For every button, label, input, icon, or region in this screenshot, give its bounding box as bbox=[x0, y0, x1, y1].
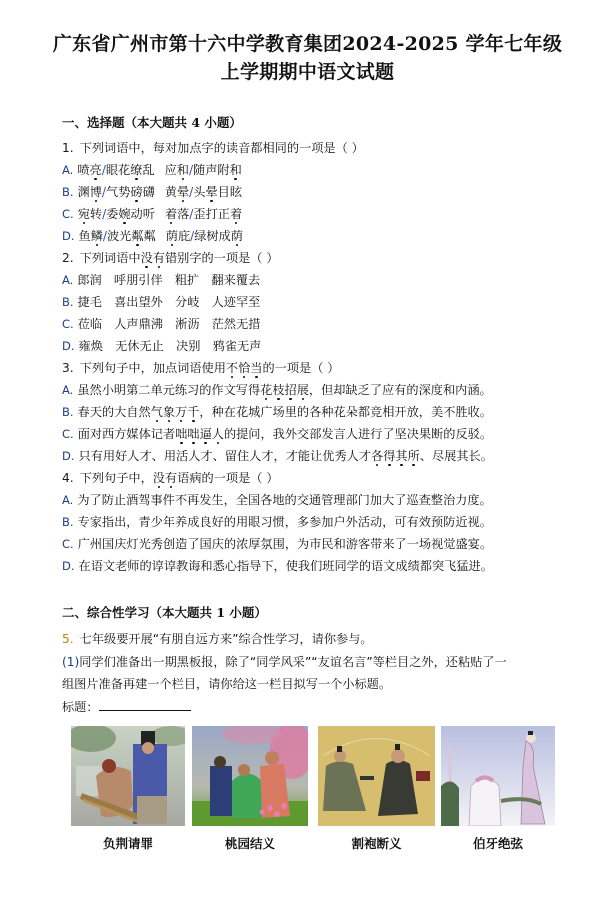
q2-option-d: D.雍焕 无休无止 决别 鸦雀无声 bbox=[62, 338, 261, 354]
q2-option-b: B.捷毛 喜出望外 分岐 人迹罕至 bbox=[62, 294, 260, 310]
section2-heading: 二、综合性学习（本大题共 1 小题） bbox=[62, 603, 267, 621]
painting-kneeling-with-thorns-icon bbox=[71, 726, 185, 826]
option-label: D. bbox=[62, 339, 75, 353]
option-text: 捷毛 喜出望外 分岐 人迹罕至 bbox=[78, 295, 261, 309]
q1-option-a: A.喷亮/眼花缭乱应和/随声附和 bbox=[62, 162, 242, 178]
q4-option-b: B.专家指出，青少年养成良好的用眼习惯，多参加户外活动，可有效预防近视。 bbox=[62, 514, 492, 530]
caption-1: 负荆请罪 bbox=[71, 834, 185, 852]
question-3: 3.下列句子中，加点词语使用不恰当的一项是（ ） bbox=[62, 360, 339, 376]
q4-option-c: C.广州国庆灯光秀创造了国庆的浓厚氛围，为市民和游客带来了一场视觉盛宴。 bbox=[62, 536, 492, 552]
option-text: 雍焕 无休无止 决别 鸦雀无声 bbox=[79, 339, 262, 353]
document-title-line2: 上学期期中语文试题 bbox=[0, 57, 615, 84]
option-text: 渊博/气势磅礴黄晕/头晕目眩 bbox=[78, 185, 242, 199]
question-4: 4.下列句子中，没有语病的一项是（ ） bbox=[62, 470, 279, 486]
option-label: D. bbox=[62, 449, 75, 463]
option-label: A. bbox=[62, 163, 73, 177]
q2-option-c: C.莅临 人声鼎沸 淅沥 茫然无措 bbox=[62, 316, 261, 332]
question-number: 5. bbox=[62, 632, 74, 646]
q3-option-d: D.只有用好人才、用活人才、留住人才，才能让优秀人才各得其所、尽展其长。 bbox=[62, 448, 493, 464]
q1-option-d: D.鱼鳞/波光粼粼荫庇/绿树成荫 bbox=[62, 228, 243, 244]
question-2: 2.下列词语中没有错别字的一项是（ ） bbox=[62, 250, 279, 266]
question-stem: 下列词语中没有错别字的一项是（ ） bbox=[80, 251, 279, 265]
answer-blank-input[interactable] bbox=[99, 698, 191, 711]
question-stem: 下列词语中，每对加点字的读音都相同的一项是（ ） bbox=[80, 141, 364, 155]
question-number: 3. bbox=[62, 361, 74, 375]
painting-cutting-the-mat-icon bbox=[318, 726, 435, 826]
option-text: 宛转/委婉动听着落/歪打正着 bbox=[78, 207, 242, 221]
option-label: D. bbox=[62, 559, 75, 573]
sub-question-text: 同学们准备出一期黑板报，除了“同学风采”“友谊名言”等栏目之外，还粘贴了一 bbox=[79, 655, 506, 669]
option-text: 面对西方媒体记者咄咄逼人的提问，我外交部发言人进行了坚决果断的反驳。 bbox=[78, 427, 492, 441]
option-text: 莅临 人声鼎沸 淅沥 茫然无措 bbox=[78, 317, 261, 331]
caption-2: 桃园结义 bbox=[192, 834, 308, 852]
question-number: 4. bbox=[62, 471, 74, 485]
option-text: 郎润 呼朋引伴 粗扩 翻来覆去 bbox=[77, 273, 260, 287]
question-5: 5.七年级要开展“有朋自远方来”综合性学习，请你参与。 bbox=[62, 631, 373, 647]
image-gepao-duanyi bbox=[318, 726, 435, 826]
option-text: 只有用好人才、用活人才、留住人才，才能让优秀人才各得其所、尽展其长。 bbox=[79, 449, 493, 463]
image-fujing-qingzui bbox=[71, 726, 185, 826]
option-text: 专家指出，青少年养成良好的用眼习惯，多参加户外活动，可有效预防近视。 bbox=[78, 515, 492, 529]
q1-option-b: B.渊博/气势磅礴黄晕/头晕目眩 bbox=[62, 184, 242, 200]
question-stem: 下列句子中，加点词语使用不恰当的一项是（ ） bbox=[80, 361, 340, 375]
section1-heading: 一、选择题（本大题共 4 小题） bbox=[62, 113, 242, 131]
option-label: A. bbox=[62, 383, 73, 397]
question-1: 1.下列词语中，每对加点字的读音都相同的一项是（ ） bbox=[62, 140, 364, 156]
painting-peach-garden-oath-icon bbox=[192, 726, 308, 826]
q3-option-c: C.面对西方媒体记者咄咄逼人的提问，我外交部发言人进行了坚决果断的反驳。 bbox=[62, 426, 492, 442]
option-text: 为了防止酒驾事件不再发生，全国各地的交通管理部门加大了巡查整治力度。 bbox=[77, 493, 491, 507]
option-text: 喷亮/眼花缭乱应和/随声附和 bbox=[77, 163, 241, 177]
option-label: A. bbox=[62, 273, 73, 287]
option-text: 在语文老师的谆谆教诲和悉心指导下，使我们班同学的语文成绩都突飞猛进。 bbox=[79, 559, 493, 573]
document-title-line1: 广东省广州市第十六中学教育集团2024-2025 学年七年级 bbox=[0, 29, 615, 56]
answer-row: 标题： bbox=[62, 698, 191, 715]
answer-label: 标题： bbox=[62, 700, 99, 714]
q4-option-d: D.在语文老师的谆谆教诲和悉心指导下，使我们班同学的语文成绩都突飞猛进。 bbox=[62, 558, 493, 574]
option-label: B. bbox=[62, 515, 74, 529]
question-number: 1. bbox=[62, 141, 74, 155]
option-label: B. bbox=[62, 185, 74, 199]
image-taoyuan-jieyi bbox=[192, 726, 308, 826]
option-text: 虽然小明第二单元练习的作文写得花枝招展，但却缺乏了应有的深度和内涵。 bbox=[77, 383, 491, 397]
option-label: C. bbox=[62, 207, 74, 221]
caption-3: 割袍断义 bbox=[318, 834, 435, 852]
q3-option-b: B.春天的大自然气象万千，种在花城广场里的各种花朵都竞相开放，美不胜收。 bbox=[62, 404, 492, 420]
option-label: C. bbox=[62, 537, 74, 551]
question-stem: 七年级要开展“有朋自远方来”综合性学习，请你参与。 bbox=[80, 632, 373, 646]
q3-option-a: A.虽然小明第二单元练习的作文写得花枝招展，但却缺乏了应有的深度和内涵。 bbox=[62, 382, 492, 398]
option-label: A. bbox=[62, 493, 73, 507]
option-label: C. bbox=[62, 427, 74, 441]
painting-boya-zither-icon bbox=[441, 726, 555, 826]
question-stem: 下列句子中，没有语病的一项是（ ） bbox=[80, 471, 279, 485]
q1-option-c: C.宛转/委婉动听着落/歪打正着 bbox=[62, 206, 242, 222]
option-label: D. bbox=[62, 229, 75, 243]
option-text: 鱼鳞/波光粼粼荫庇/绿树成荫 bbox=[79, 229, 243, 243]
q4-option-a: A.为了防止酒驾事件不再发生，全国各地的交通管理部门加大了巡查整治力度。 bbox=[62, 492, 492, 508]
q2-option-a: A.郎润 呼朋引伴 粗扩 翻来覆去 bbox=[62, 272, 260, 288]
q5-sub1-line1: (1)同学们准备出一期黑板报，除了“同学风采”“友谊名言”等栏目之外，还粘贴了一 bbox=[62, 654, 507, 670]
option-text: 春天的大自然气象万千，种在花城广场里的各种花朵都竞相开放，美不胜收。 bbox=[78, 405, 492, 419]
option-text: 广州国庆灯光秀创造了国庆的浓厚氛围，为市民和游客带来了一场视觉盛宴。 bbox=[78, 537, 492, 551]
sub-question-label: (1) bbox=[62, 655, 79, 669]
question-number: 2. bbox=[62, 251, 74, 265]
option-label: B. bbox=[62, 295, 74, 309]
image-boya-juexian bbox=[441, 726, 555, 826]
q5-sub1-line2: 组图片准备再建一个栏目，请你给这一栏目拟写一个小标题。 bbox=[62, 676, 391, 692]
option-label: C. bbox=[62, 317, 74, 331]
option-label: B. bbox=[62, 405, 74, 419]
caption-4: 伯牙绝弦 bbox=[441, 834, 555, 852]
